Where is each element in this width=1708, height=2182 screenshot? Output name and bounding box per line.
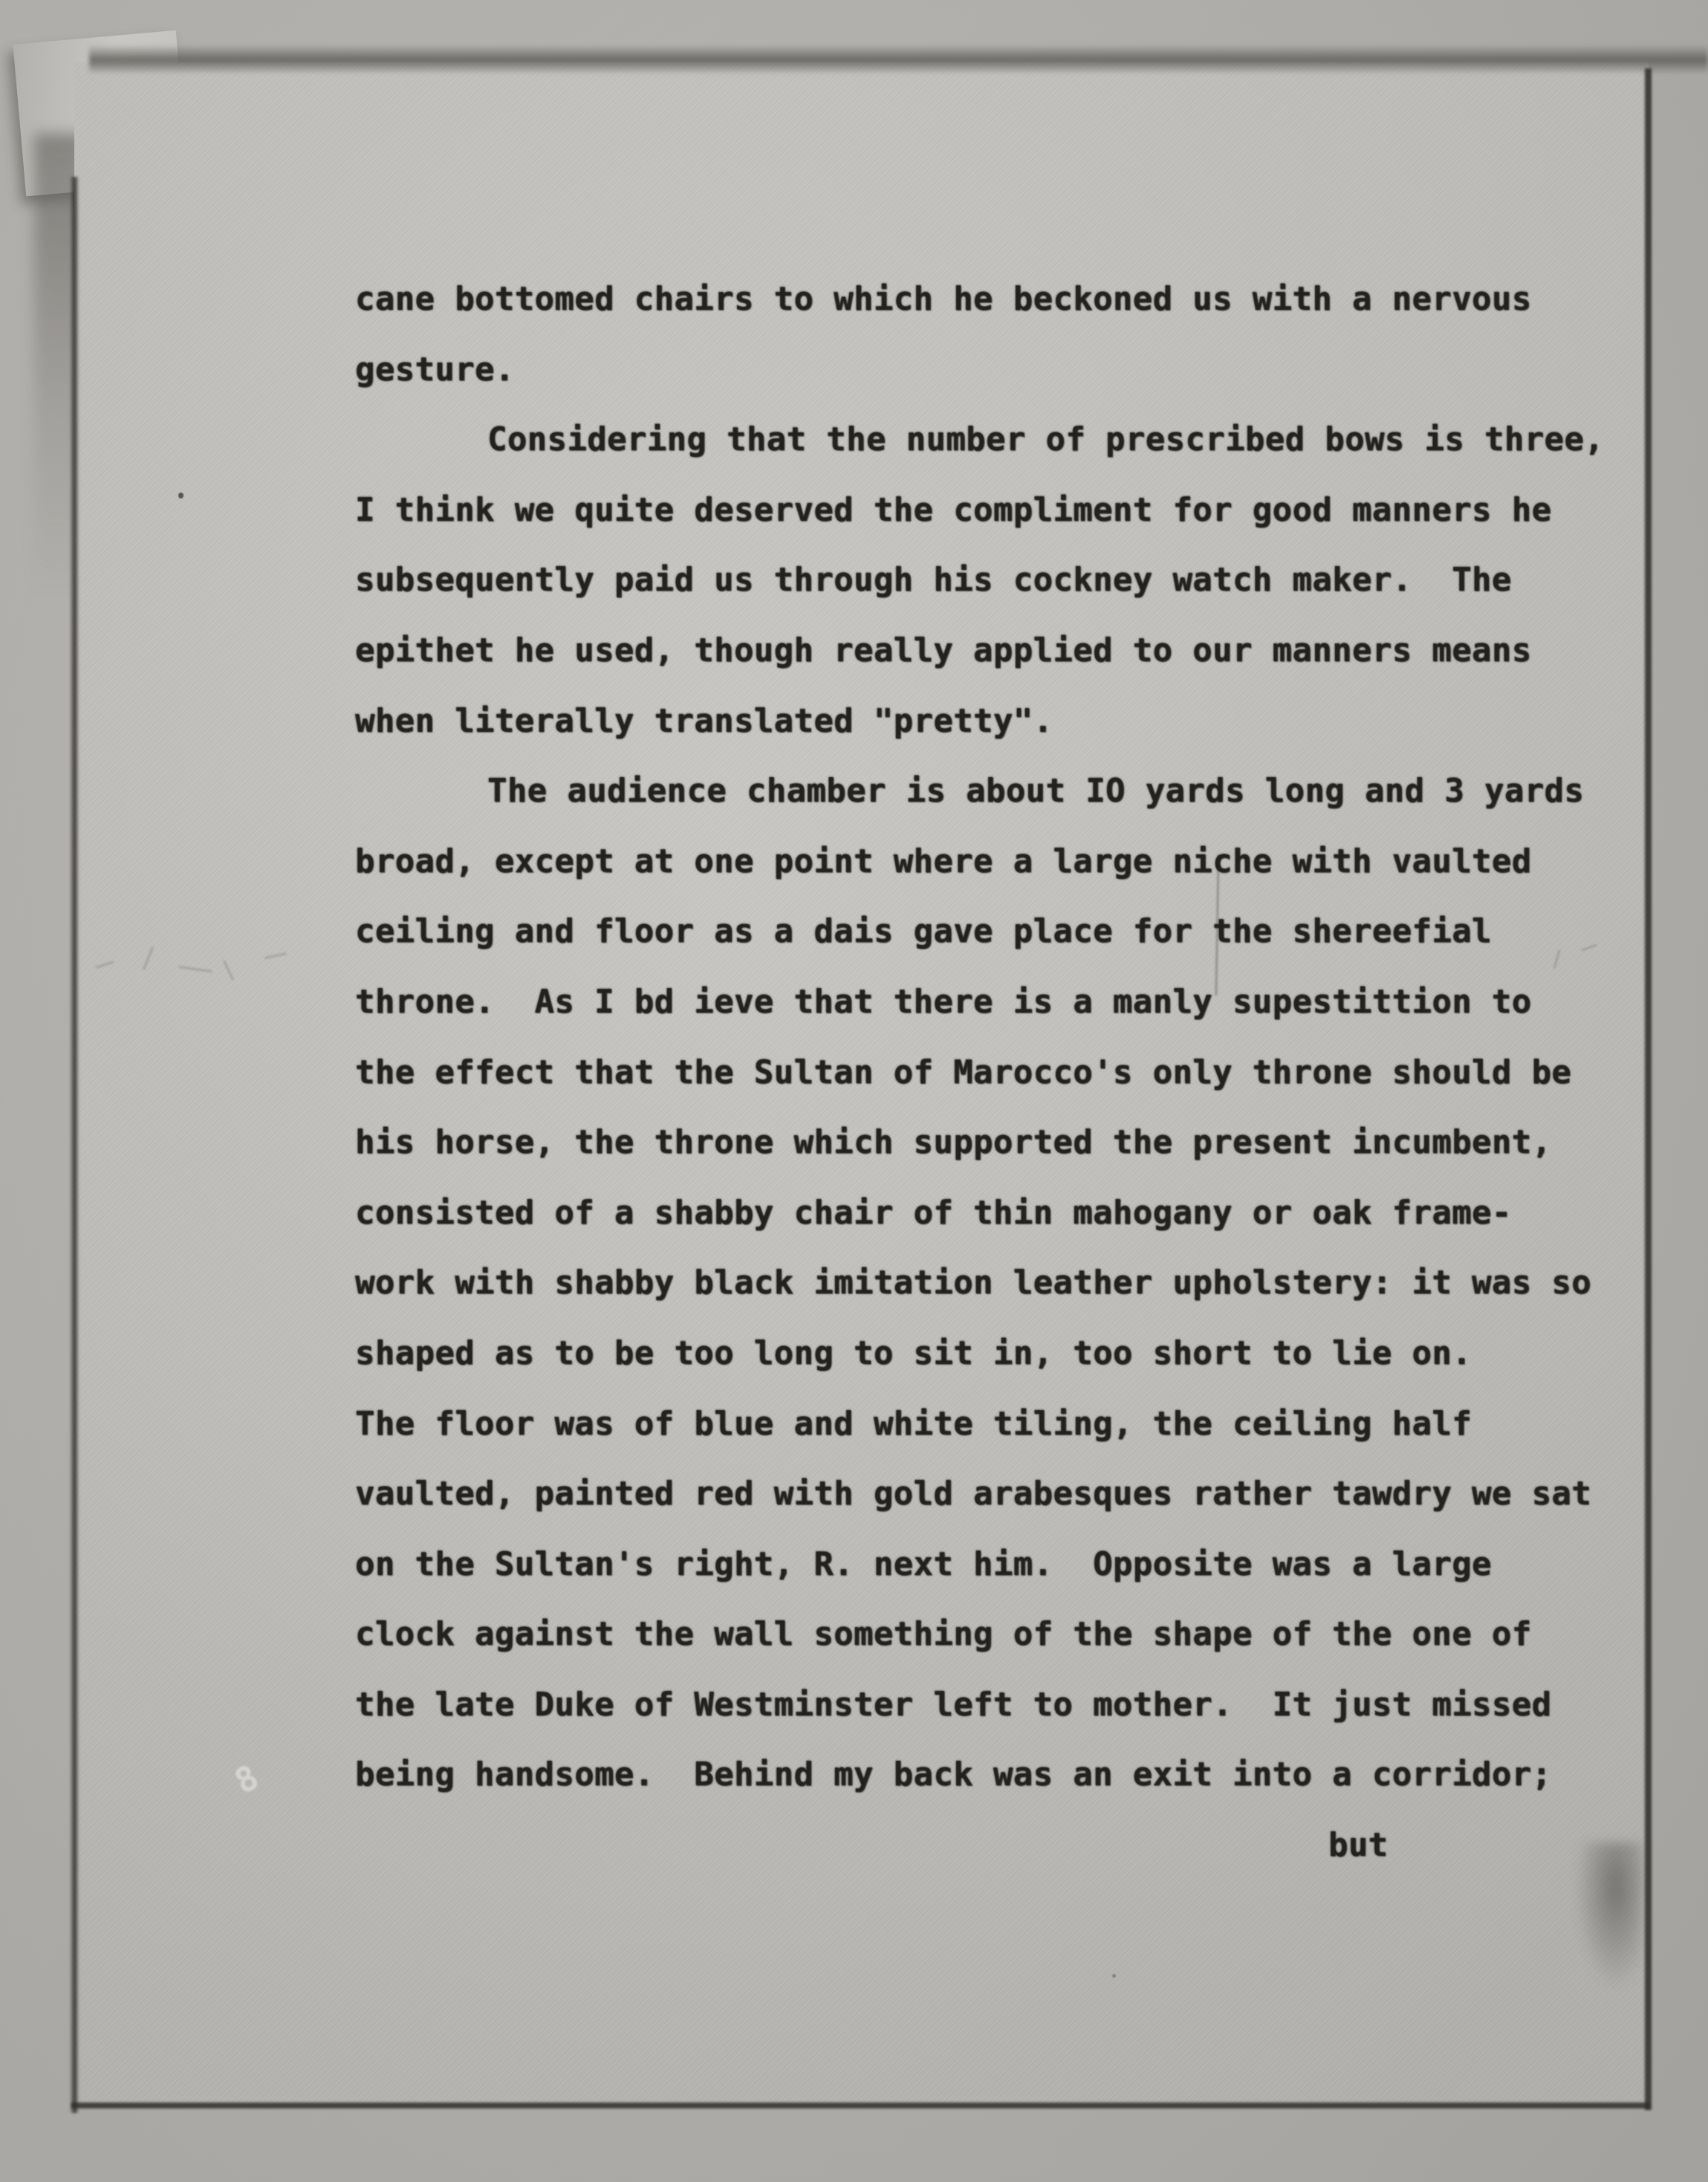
typed-line: being handsome. Behind my back was an ex…	[355, 1740, 1618, 1811]
page-edge-right	[1645, 68, 1652, 2110]
page-edge-left	[70, 177, 79, 2113]
ink-speck	[1112, 1974, 1116, 1978]
pencil-stroke	[264, 952, 287, 959]
typed-line: consisted of a shabby chair of thin maho…	[355, 1178, 1618, 1249]
typed-line: I think we quite deserved the compliment…	[355, 475, 1618, 546]
typed-line: ceiling and floor as a dais gave place f…	[355, 897, 1618, 967]
typed-line: when literally translated "pretty".	[355, 686, 1618, 757]
typed-line: vaulted, painted red with gold arabesque…	[355, 1459, 1618, 1530]
typed-line: throne. As I bd ieve that there is a man…	[355, 967, 1618, 1038]
page-edge-top	[89, 45, 1708, 73]
pencil-stroke	[95, 961, 114, 969]
typed-line: The floor was of blue and white tiling, …	[355, 1389, 1618, 1460]
typed-line: on the Sultan's right, R. next him. Oppo…	[355, 1530, 1618, 1600]
typed-line: the effect that the Sultan of Marocco's …	[355, 1038, 1618, 1108]
pencil-stroke	[178, 966, 212, 973]
typed-line: broad, except at one point where a large…	[355, 827, 1618, 897]
typed-line: The audience chamber is about IO yards l…	[355, 756, 1618, 827]
typed-line: but	[355, 1811, 1618, 1881]
typed-line: subsequently paid us through his cockney…	[355, 545, 1618, 616]
pencil-stroke	[223, 960, 235, 981]
page-edge-bottom	[71, 2103, 1649, 2108]
typed-line: epithet he used, though really applied t…	[355, 616, 1618, 686]
typed-text-block: cane bottomed chairs to which he beckone…	[355, 264, 1618, 1881]
typed-line: his horse, the throne which supported th…	[355, 1108, 1618, 1178]
typed-line: shaped as to be too long to sit in, too …	[355, 1319, 1618, 1389]
typed-line: clock against the wall something of the …	[355, 1600, 1618, 1670]
typed-line: Considering that the number of prescribe…	[355, 405, 1618, 475]
typed-line: the late Duke of Westminster left to mot…	[355, 1670, 1618, 1741]
photo-background: 8 cane bottomed chairs to which he becko…	[0, 0, 1708, 2182]
typed-line: cane bottomed chairs to which he beckone…	[355, 264, 1618, 335]
pencil-marginalia-left	[89, 932, 342, 1014]
ink-speck	[178, 493, 184, 499]
typed-line: gesture.	[355, 335, 1618, 406]
pencil-stroke	[143, 946, 155, 971]
typed-line: work with shabby black imitation leather…	[355, 1248, 1618, 1319]
